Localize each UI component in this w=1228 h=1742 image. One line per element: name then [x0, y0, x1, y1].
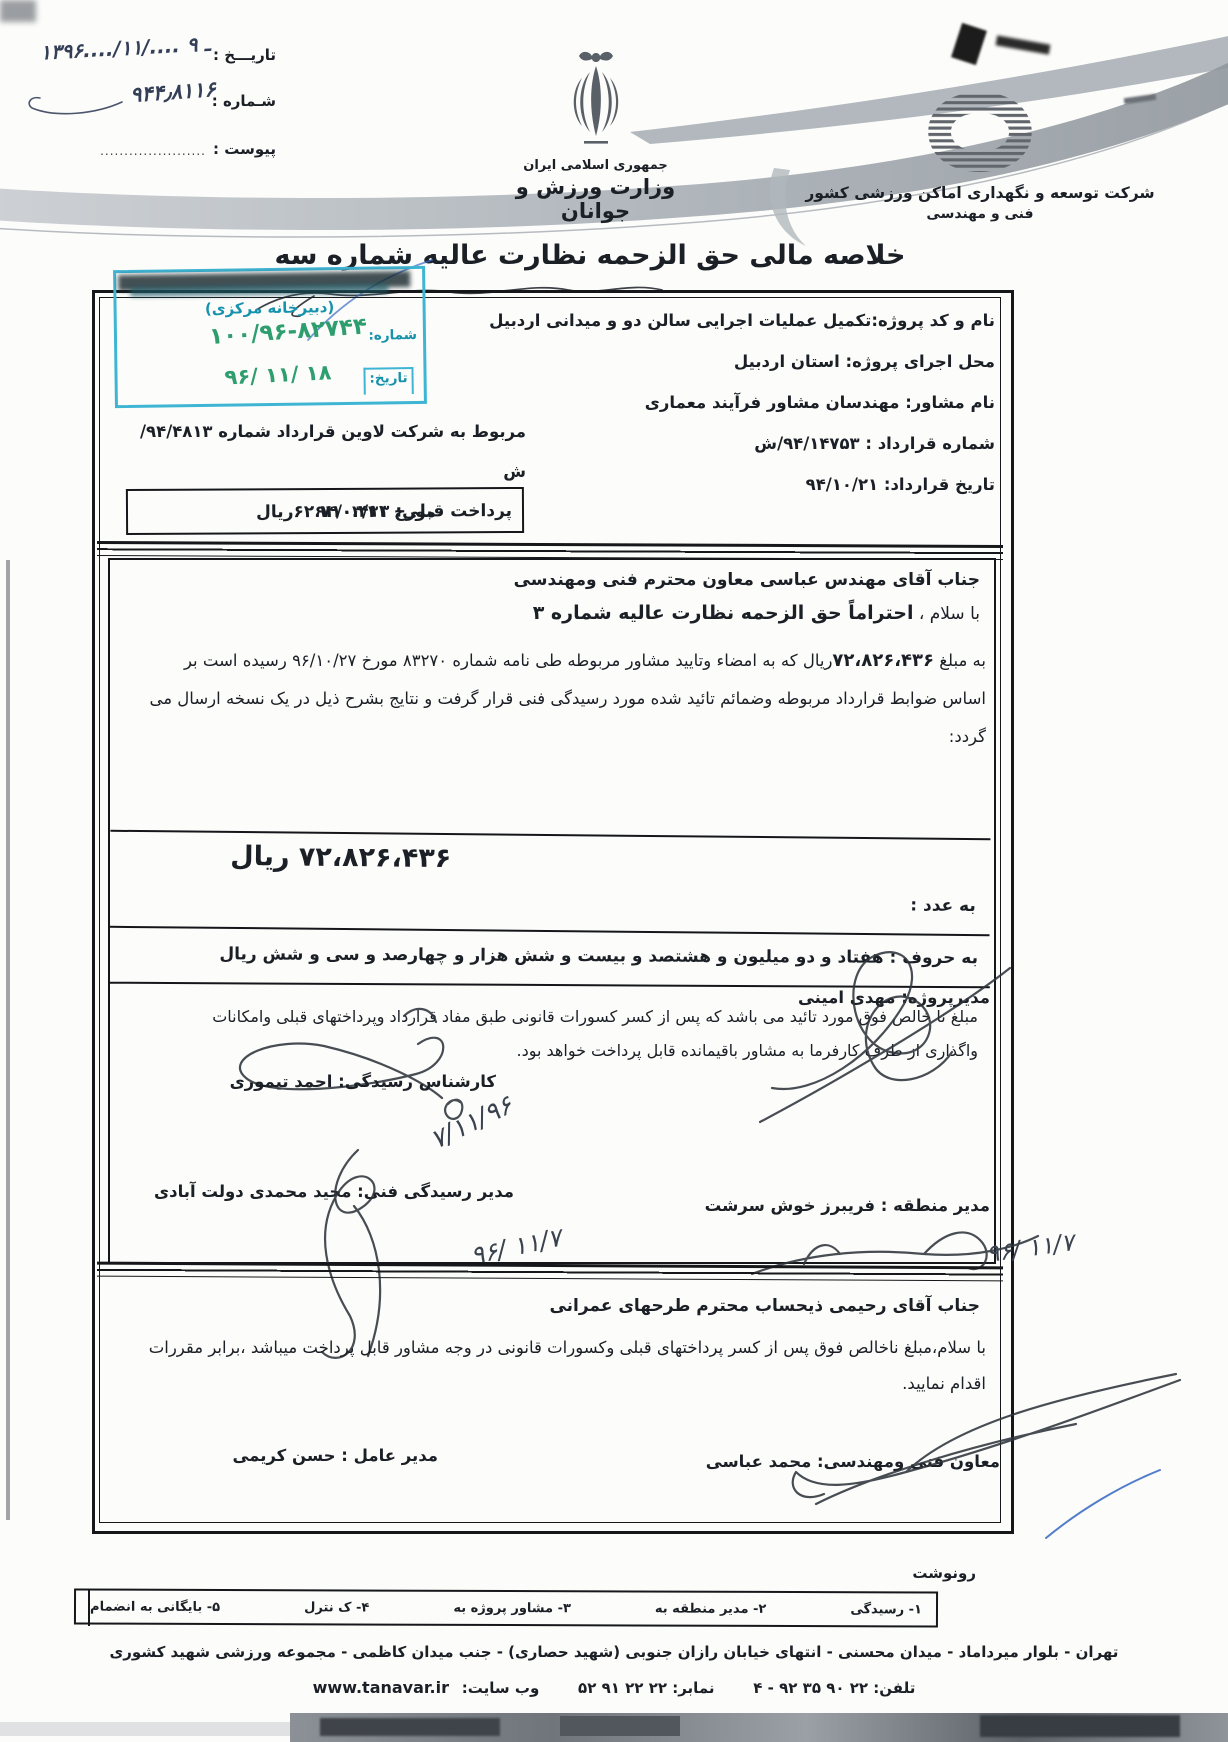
copy-strip-divider — [88, 1590, 90, 1626]
amount-figures-unit: ریال — [230, 841, 299, 873]
bottom-band — [290, 1713, 1228, 1742]
letter2-recipient: جناب آقای رحیمی ذیحساب محترم طرحهای عمرا… — [130, 1296, 980, 1316]
signature-project-manager — [752, 930, 1022, 1140]
previous-payment-box: پرداخت قبلی: ۶۲،۷۱۰،۴۱۳ریال — [126, 487, 524, 535]
footer-fax: نمابر: ۲۲ ۲۲ ۹۱ ۵۲ — [578, 1679, 714, 1697]
figures-label: به عدد : — [910, 895, 976, 916]
company-block: شرکت توسعه و نگهداری اماکن ورزشی کشور فن… — [788, 88, 1172, 222]
bottom-band-light — [0, 1722, 290, 1736]
number-handwriting-swash — [26, 88, 126, 122]
stamp-date-handwritten: ۹۶/ ۱۱/ ۱۸ — [224, 360, 332, 389]
republic-title: جمهوری اسلامی ایران — [478, 158, 713, 173]
signature-reviewer — [212, 1000, 472, 1140]
number-label: شـماره : — [212, 92, 276, 110]
stamp-office-label: (دبیرخانه مرکزی) — [116, 297, 422, 319]
letterhead-meta-block: تاريـــخ : ۱۳۹۶..../۱۱/.... ـ ۹ شـماره :… — [24, 44, 276, 174]
project-name-code: نام و کد پروژه:تکمیل عملیات اجرایی سالن … — [430, 300, 995, 341]
figures-row: ۷۲،۸۲۶،۴۳۶ ریال به عدد : — [110, 830, 991, 936]
letter1-body: به مبلغ ۷۲،۸۲۶،۴۳۶ریال که به امضاء وتایی… — [124, 642, 986, 756]
pen-stroke-bottom — [1036, 1466, 1166, 1542]
date-label: تاريـــخ : — [213, 46, 276, 64]
body-line-1: به مبلغ ۷۲،۸۲۶،۴۳۶ریال که به امضاء وتایی… — [124, 642, 986, 680]
copy-item-3: ۳- مشاور پروژه به — [453, 1600, 571, 1615]
scan-edge-streak — [6, 560, 10, 1520]
iran-emblem-icon — [544, 48, 648, 152]
footer-phone: تلفن: ۲۲ ۹۰ ۳۵ ۹۲ - ۴ — [753, 1679, 915, 1697]
attachment-dots: ...................... — [100, 144, 206, 158]
bottom-band-block-3 — [980, 1715, 1180, 1737]
scan-artifact-top-left — [0, 0, 36, 22]
body-amount: ۷۲،۸۲۶،۴۳۶ — [832, 650, 934, 671]
amount-figures-number: ۷۲،۸۲۶،۴۳۶ — [299, 842, 452, 874]
bottom-band-block-1 — [320, 1718, 500, 1736]
copy-to-label: رونوشت — [876, 1564, 976, 1582]
company-globe-logo-icon — [921, 88, 1039, 176]
footer-website-url: www.tanavar.ir — [313, 1678, 449, 1697]
company-department: فنی و مهندسی — [788, 206, 1172, 222]
copy-item-1: ۱- رسیدگی — [850, 1602, 922, 1617]
related-contract-line1: مربوط به شرکت لاوین قرارداد شماره ۹۴/۴۸۱… — [128, 412, 526, 492]
salutation-prefix: با سلام ، — [913, 604, 980, 624]
project-location: محل اجرای پروژه: استان اردبیل — [430, 341, 995, 382]
ministry-title: وزارت ورزش و جوانان — [478, 175, 713, 223]
stamp-number-handwritten: ۱۰۰/۹۶-۸۲۷۴۴ — [208, 314, 368, 350]
letter1-salutation: با سلام ، احتراماً حق الزحمه نظارت عالیه… — [130, 602, 980, 624]
body-line-2: اساس ضوابط قرارداد مربوطه وضمائم تائید ش… — [124, 680, 986, 718]
bottom-band-block-2 — [560, 1716, 680, 1736]
number-handwritten-value: ۹۴۴٫۸۱۱۶ — [129, 77, 216, 107]
copy-to-strip: ۱- رسیدگی ۲- مدیر منطقه به ۳- مشاور پروژ… — [74, 1588, 938, 1627]
previous-payment-label: پرداخت قبلی: — [389, 501, 512, 522]
stamp-number-label: شماره: — [368, 327, 417, 344]
stamp-date-label: تاریخ: — [363, 367, 413, 395]
registry-stamp: (دبیرخانه مرکزی) شماره: ۱۰۰/۹۶-۸۲۷۴۴ تار… — [113, 266, 427, 408]
previous-payment-amount: ۶۲،۷۱۰،۴۱۳ — [293, 502, 389, 523]
copy-item-4: ۴- ک نترل — [304, 1600, 369, 1615]
ministry-block: جمهوری اسلامی ایران وزارت ورزش و جوانان — [478, 48, 713, 223]
footer-contact-line: تلفن: ۲۲ ۹۰ ۳۵ ۹۲ - ۴ نمابر: ۲۲ ۲۲ ۹۱ ۵۲… — [0, 1678, 1228, 1697]
footer-address: تهران - بلوار میرداماد - میدان محسنی - ا… — [0, 1643, 1228, 1661]
body-prefix: به مبلغ — [934, 651, 986, 670]
amount-figures: ۷۲،۸۲۶،۴۳۶ ریال — [230, 841, 451, 874]
attachment-label: پيوست : — [213, 140, 276, 158]
letter1-recipient: جناب آقای مهندس عباسی معاون محترم فنی وم… — [130, 570, 980, 590]
body-rest: ریال که به امضاء وتایید مشاور مربوطه طی … — [184, 651, 832, 670]
copy-item-5: ۵- بایگانی به انضمام — [90, 1599, 220, 1614]
footer-web-label: وب سایت: — [462, 1679, 540, 1697]
company-name: شرکت توسعه و نگهداری اماکن ورزشی کشور — [788, 184, 1172, 202]
scanned-document-page: تاريـــخ : ۱۳۹۶..../۱۱/.... ـ ۹ شـماره :… — [0, 0, 1228, 1742]
salutation-subject: احتراماً حق الزحمه نظارت عالیه شماره ۳ — [533, 602, 914, 624]
copy-item-2: ۲- مدیر منطقه به — [655, 1601, 767, 1616]
body-line-3: گردد: — [124, 718, 986, 756]
previous-payment-unit: ریال — [256, 502, 293, 522]
managing-director-name: مدیر عامل : حسن کریمی — [198, 1446, 438, 1465]
reviewer-name: کارشناس رسیدگی: احمد تیموری — [228, 1072, 496, 1091]
